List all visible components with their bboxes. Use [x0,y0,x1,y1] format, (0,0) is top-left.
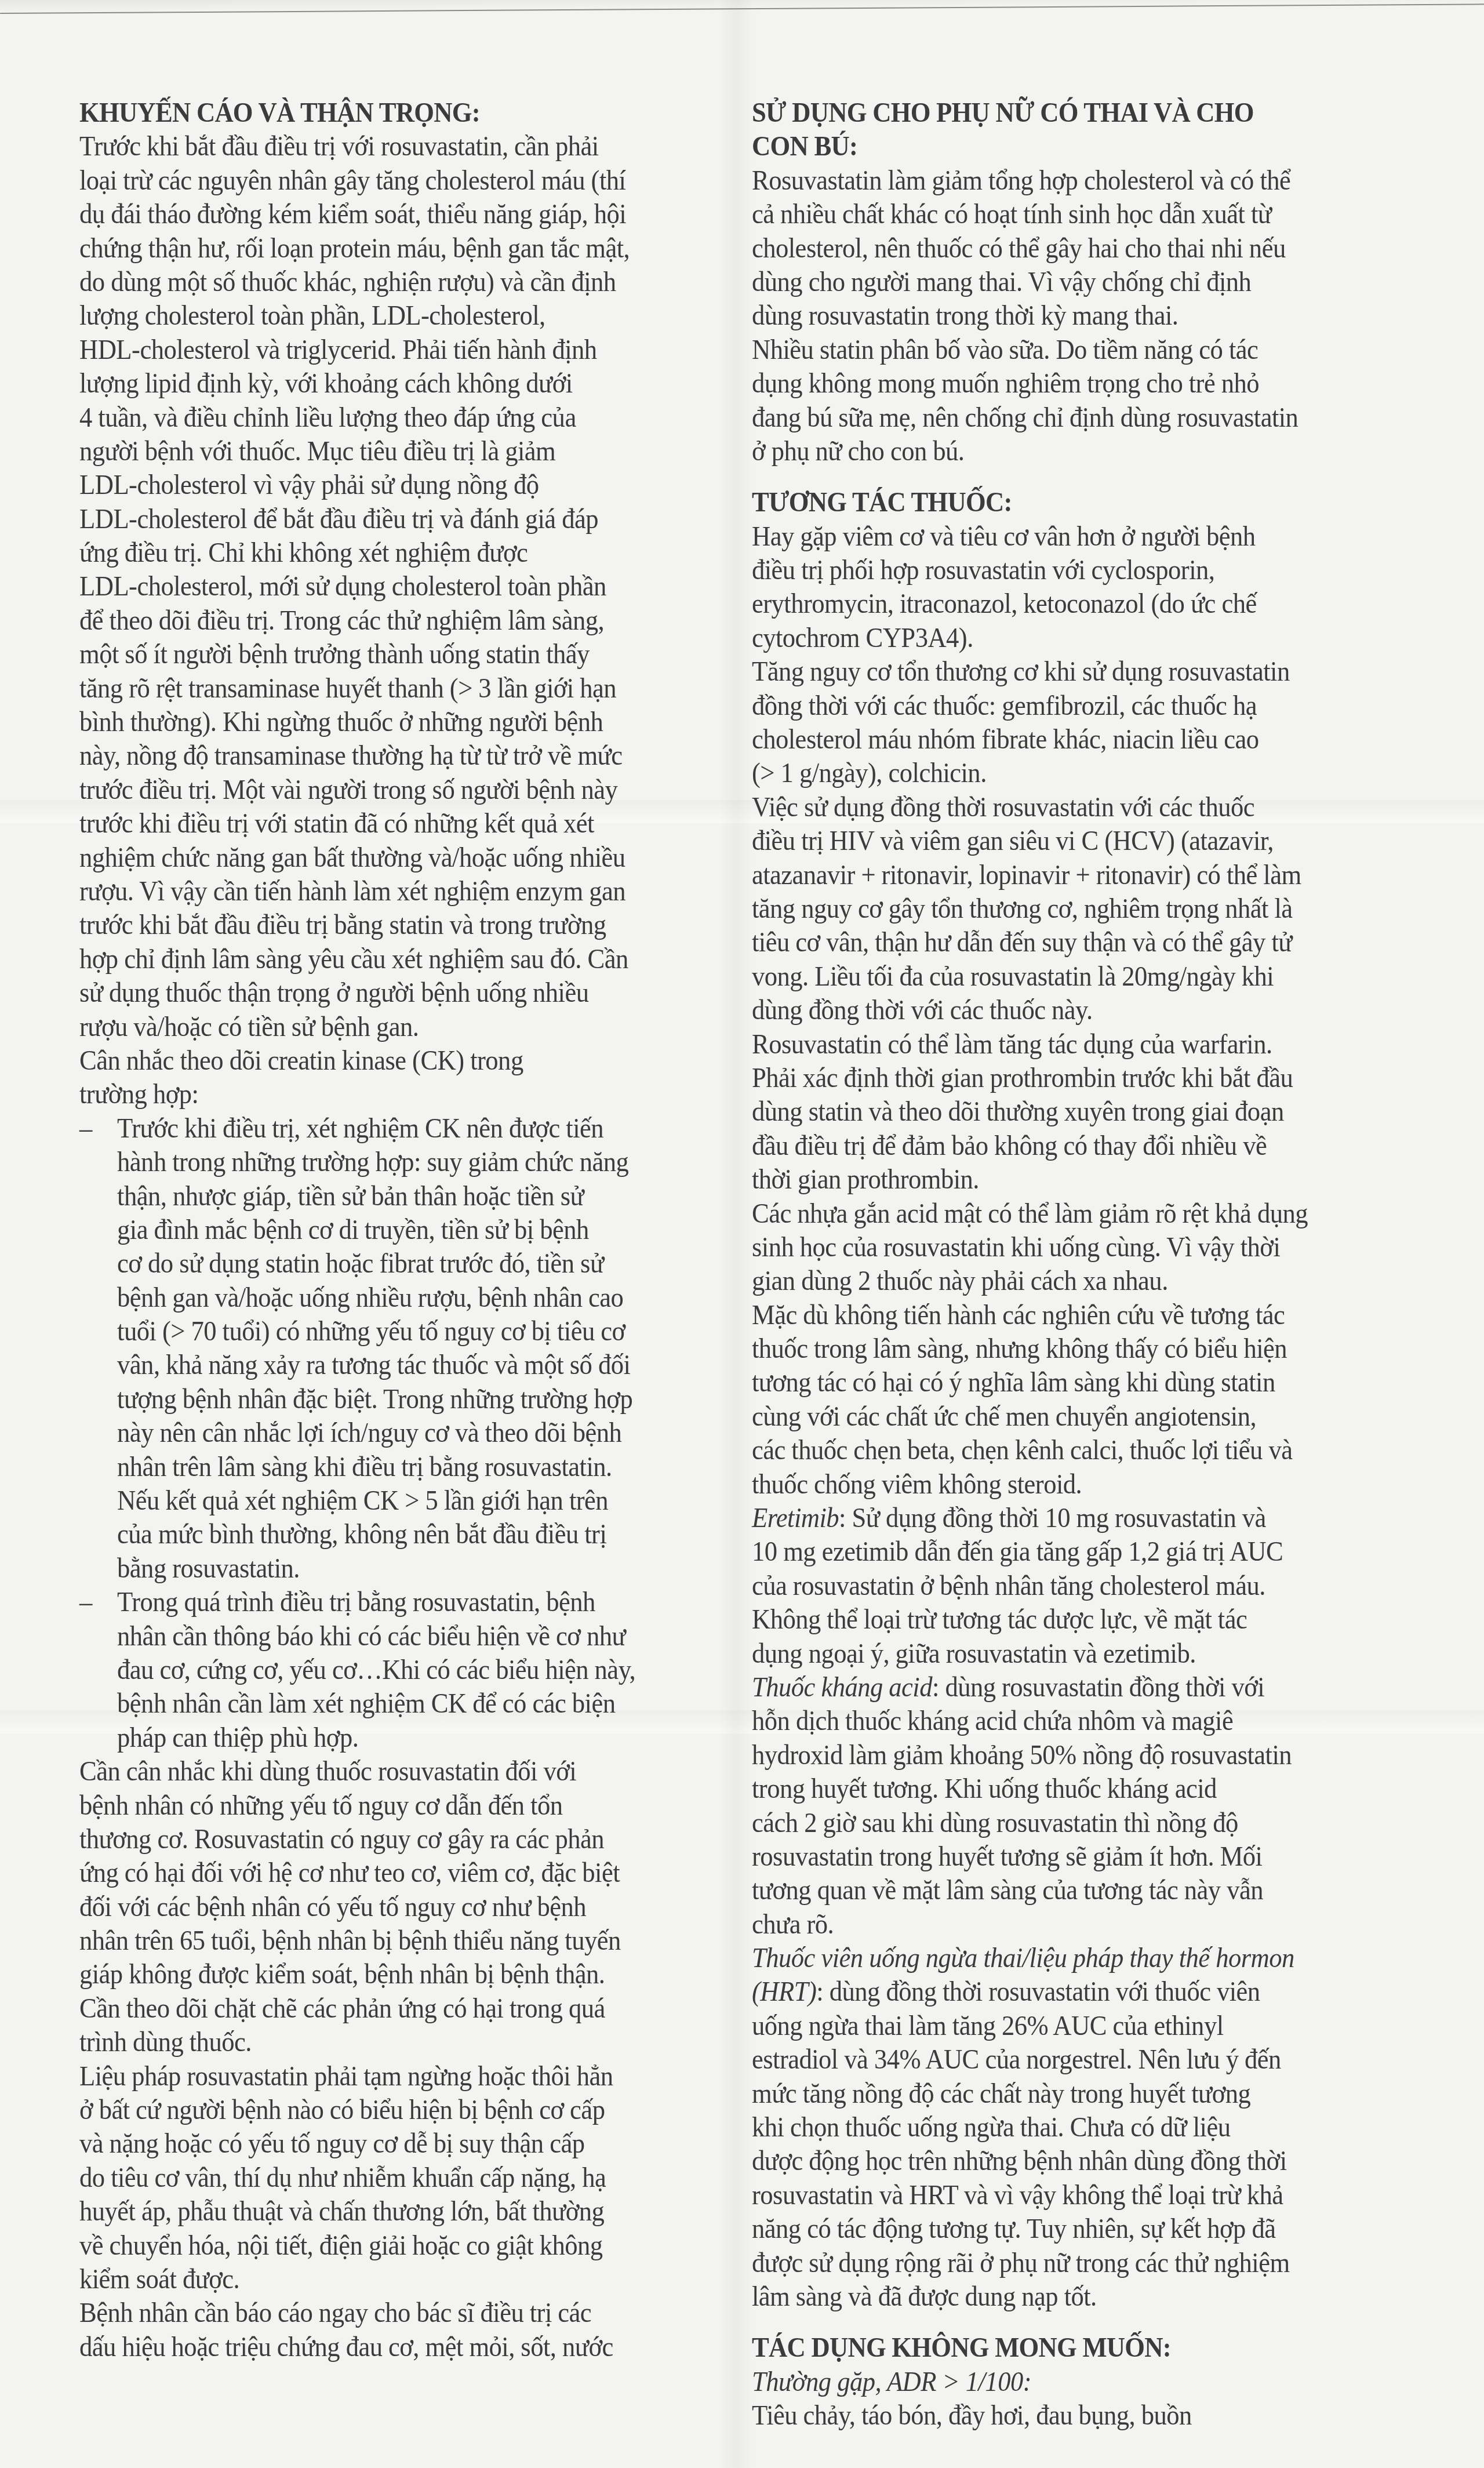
text-line: nhân trên 65 tuổi, bệnh nhân bị bệnh thi… [79,1924,700,1958]
section-heading: TƯƠNG TÁC THUỐC: [752,486,1372,519]
text-line: (> 1 g/ngày), colchicin. [752,757,1372,790]
text-line: ở phụ nữ cho con bú. [752,435,1372,468]
text-line: đau cơ, cứng cơ, yếu cơ…Khi có các biểu … [79,1653,700,1687]
paragraph: Rosuvastatin làm giảm tổng hợp cholester… [752,164,1418,333]
section-warnings-precautions: KHUYẾN CÁO VÀ THẬN TRỌNG: Trước khi bắt … [79,96,746,2364]
text-line: tượng bệnh nhân đặc biệt. Trong những tr… [79,1383,700,1416]
text-line: –Trong quá trình điều trị bằng rosuvasta… [79,1586,700,1619]
section-heading: SỬ DỤNG CHO PHỤ NỮ CÓ THAI VÀ CHO [752,96,1372,130]
text-line: rosuvastatin và HRT và vì vậy không thể … [752,2179,1372,2212]
text-line: LDL-cholesterol để bắt đầu điều trị và đ… [79,503,700,536]
italic-subheading: Thuốc viên uống ngừa thai/liệu pháp thay… [752,1942,1372,1975]
text-line: các thuốc chẹn beta, chẹn kênh calci, th… [752,1434,1372,1467]
text-line: 4 tuần, và điều chỉnh liều lượng theo đá… [79,401,700,435]
frequency-subheading: Thường gặp, ADR > 1/100: [752,2365,1372,2399]
text-line: LDL-cholesterol, mới sử dụng cholesterol… [79,570,700,604]
line-text: : Sử dụng đồng thời 10 mg rosuvastatin v… [839,1503,1266,1533]
text-line: vân, khả năng xảy ra tương tác thuốc và … [79,1349,700,1382]
text-line: lâm sàng và đã được dung nạp tốt. [752,2280,1372,2314]
text-line: Bệnh nhân cần báo cáo ngay cho bác sĩ đi… [79,2296,700,2330]
text-line: khi chọn thuốc uống ngừa thai. Chưa có d… [752,2111,1372,2144]
text-line: cytochrom CYP3A4). [752,621,1372,655]
text-line: Nếu kết quả xét nghiệm CK > 5 lần giới h… [79,1484,700,1518]
drug-name-label: Thuốc kháng acid [752,1672,932,1703]
text-line: trường hợp: [79,1078,700,1111]
paragraph: Trước khi bắt đầu điều trị với rosuvasta… [79,130,746,1044]
text-line: hỗn dịch thuốc kháng acid chứa nhôm và m… [752,1704,1372,1738]
section-heading: KHUYẾN CÁO VÀ THẬN TRỌNG: [79,96,700,130]
text-line: vong. Liều tối đa của rosuvastatin là 20… [752,960,1372,994]
paragraph: Các nhựa gắn acid mật có thể làm giảm rõ… [752,1197,1418,1299]
text-line: Eretimib: Sử dụng đồng thời 10 mg rosuva… [752,1502,1372,1535]
text-line: chưa rõ. [752,1908,1372,1942]
text-line: Không thể loại trừ tương tác dược lực, v… [752,1603,1372,1637]
text-line: dấu hiệu hoặc triệu chứng đau cơ, mệt mỏ… [79,2331,700,2364]
section-gap [752,468,1418,486]
text-line: Thuốc kháng acid: dùng rosuvastatin đồng… [752,1671,1372,1704]
text-line: cơ do sử dụng statin hoặc fibrat trước đ… [79,1247,700,1281]
text-line: trước khi bắt đầu điều trị bằng statin v… [79,908,700,942]
text-line: của mức bình thường, không nên bắt đầu đ… [79,1518,700,1551]
text-line: trước khi điều trị với statin đã có nhữn… [79,807,700,841]
bullet-text: Trước khi điều trị, xét nghiệm CK nên đư… [117,1113,603,1144]
drug-name-label: Eretimib [752,1503,839,1533]
text-line: nhân cần thông báo khi có các biểu hiện … [79,1620,700,1653]
text-line: lượng cholesterol toàn phần, LDL-cholest… [79,299,700,333]
paragraph: Thuốc viên uống ngừa thai/liệu pháp thay… [752,1942,1418,2314]
text-line: thuốc trong lâm sàng, nhưng không thấy c… [752,1332,1372,1366]
text-line: Rosuvastatin làm giảm tổng hợp cholester… [752,164,1372,198]
text-line: thời gian prothrombin. [752,1163,1372,1197]
text-line: nghiệm chức năng gan bất thường và/hoặc … [79,841,700,875]
text-line: Cần cân nhắc khi dùng thuốc rosuvastatin… [79,1755,700,1789]
text-line: 10 mg ezetimib dẫn đến gia tăng gấp 1,2 … [752,1535,1372,1569]
text-line: Tiêu chảy, táo bón, đầy hơi, đau bụng, b… [752,2399,1372,2433]
paragraph: Nhiều statin phân bố vào sữa. Do tiềm nă… [752,333,1418,469]
drug-name-label: (HRT) [752,1976,816,2007]
text-line: rượu. Vì vậy cần tiến hành làm xét nghiệ… [79,875,700,908]
text-line: này nên cân nhắc lợi ích/nguy cơ và theo… [79,1416,700,1450]
text-line: HDL-cholesterol và triglycerid. Phải tiế… [79,333,700,367]
text-line: ứng có hại đối với hệ cơ như teo cơ, viê… [79,1856,700,1890]
section-heading: CON BÚ: [752,130,1372,163]
text-line: sinh học của rosuvastatin khi uống cùng.… [752,1231,1372,1264]
bullet-text: Trong quá trình điều trị bằng rosuvastat… [117,1587,595,1618]
text-line: gian dùng 2 thuốc này phải cách xa nhau. [752,1264,1372,1298]
text-line: loại trừ các nguyên nhân gây tăng choles… [79,164,700,198]
text-line: đồng thời với các thuốc: gemfibrozil, cá… [752,689,1372,723]
text-line: Các nhựa gắn acid mật có thể làm giảm rõ… [752,1197,1372,1231]
bullet-item: –Trước khi điều trị, xét nghiệm CK nên đ… [79,1112,746,1586]
text-line: về chuyển hóa, nội tiết, điện giải hoặc … [79,2229,700,2263]
text-line: trước điều trị. Một vài người trong số n… [79,773,700,807]
section-pregnancy-lactation: SỬ DỤNG CHO PHỤ NỮ CÓ THAI VÀ CHO CON BÚ… [752,96,1418,468]
text-line: giáp không được kiểm soát, bệnh nhân bị … [79,1958,700,1991]
text-line: tương quan về mặt lâm sàng của tương tác… [752,1874,1372,1907]
text-line: Phải xác định thời gian prothrombin trướ… [752,1062,1372,1095]
section-side-effects: TÁC DỤNG KHÔNG MONG MUỐN: Thường gặp, AD… [752,2331,1418,2433]
paragraph: Việc sử dụng đồng thời rosuvastatin với … [752,791,1418,1028]
text-line: của rosuvastatin ở bệnh nhân tăng choles… [752,1569,1372,1603]
text-line: gia đình mắc bệnh cơ di truyền, tiền sử … [79,1213,700,1247]
text-line: LDL-cholesterol vì vậy phải sử dụng nồng… [79,468,700,502]
text-line: để theo dõi điều trị. Trong các thử nghi… [79,604,700,638]
text-line: trong huyết tương. Khi uống thuốc kháng … [752,1772,1372,1806]
paragraph: Liệu pháp rosuvastatin phải tạm ngừng ho… [79,2060,746,2297]
text-line: thận, nhược giáp, tiền sử bản thân hoặc … [79,1180,700,1213]
text-line: uống ngừa thai làm tăng 26% AUC của ethi… [752,2009,1372,2043]
text-line: đầu điều trị để đảm bảo không có thay đổ… [752,1129,1372,1163]
text-line: đang bú sữa mẹ, nên chống chỉ định dùng … [752,401,1372,435]
text-line: erythromycin, itraconazol, ketoconazol (… [752,587,1372,621]
text-line: mức tăng nồng độ các chất này trong huyế… [752,2077,1372,2111]
text-line: hành trong những trường hợp: suy giảm ch… [79,1146,700,1179]
text-line: dùng statin và theo dõi thường xuyên tro… [752,1095,1372,1129]
text-line: bằng rosuvastatin. [79,1552,700,1586]
text-line: bệnh gan và/hoặc uống nhiều rượu, bệnh n… [79,1281,700,1315]
text-line: kiểm soát được. [79,2263,700,2296]
section-gap [752,2314,1418,2331]
text-line: Nhiều statin phân bố vào sữa. Do tiềm nă… [752,333,1372,367]
text-line: tiêu cơ vân, thận hư dẫn đến suy thận và… [752,926,1372,959]
paragraph: Cân nhắc theo dõi creatin kinase (CK) tr… [79,1044,746,1112]
text-line: thuốc chống viêm không steroid. [752,1468,1372,1502]
text-line: năng có tác động tương tự. Tuy nhiên, sự… [752,2212,1372,2246]
text-line: điều trị HIV và viêm gan siêu vi C (HCV)… [752,824,1372,858]
text-line: Cân nhắc theo dõi creatin kinase (CK) tr… [79,1044,700,1078]
text-line: (HRT): dùng đồng thời rosuvastatin với t… [752,1975,1372,2009]
text-line: dụng không mong muốn nghiêm trọng cho tr… [752,367,1372,401]
section-heading: TÁC DỤNG KHÔNG MONG MUỐN: [752,2331,1372,2365]
text-line: cholesterol, nên thuốc có thể gây hai ch… [752,232,1372,266]
paragraph: Tăng nguy cơ tổn thương cơ khi sử dụng r… [752,655,1418,791]
text-line: rượu và/hoặc có tiền sử bệnh gan. [79,1011,700,1044]
text-line: bình thường). Khi ngừng thuốc ở những ng… [79,706,700,739]
left-column: KHUYẾN CÁO VÀ THẬN TRỌNG: Trước khi bắt … [79,96,746,2364]
text-line: cholesterol máu nhóm fibrate khác, niaci… [752,723,1372,757]
text-line: Liệu pháp rosuvastatin phải tạm ngừng ho… [79,2060,700,2093]
text-line: đối với các bệnh nhân có yếu tố nguy cơ … [79,1891,700,1924]
text-line: do dùng một số thuốc khác, nghiện rượu) … [79,266,700,299]
paragraph: Rosuvastatin có thể làm tăng tác dụng củ… [752,1028,1418,1197]
text-line: và nặng hoặc có yếu tố nguy cơ dễ bị suy… [79,2127,700,2161]
text-line: Tăng nguy cơ tổn thương cơ khi sử dụng r… [752,655,1372,689]
text-line: người bệnh với thuốc. Mục tiêu điều trị … [79,435,700,468]
paragraph: Cần cân nhắc khi dùng thuốc rosuvastatin… [79,1755,746,2060]
text-line: cả nhiều chất khác có hoạt tính sinh học… [752,198,1372,231]
text-line: hydroxid làm giảm khoảng 50% nồng độ ros… [752,1739,1372,1772]
text-line: bệnh nhân cần làm xét nghiệm CK để có cá… [79,1687,700,1721]
text-line: Mặc dù không tiến hành các nghiên cứu về… [752,1299,1372,1332]
text-line: một số ít người bệnh trưởng thành uống s… [79,638,700,671]
text-line: do tiêu cơ vân, thí dụ như nhiễm khuẩn c… [79,2161,700,2195]
text-line: Rosuvastatin có thể làm tăng tác dụng củ… [752,1028,1372,1062]
text-line: dược động học trên những bệnh nhân dùng … [752,2144,1372,2178]
section-drug-interactions: TƯƠNG TÁC THUỐC: Hay gặp viêm cơ và tiêu… [752,486,1418,2314]
paragraph: Eretimib: Sử dụng đồng thời 10 mg rosuva… [752,1502,1418,1671]
text-line: thương cơ. Rosuvastatin có nguy cơ gây r… [79,1823,700,1856]
text-line: này, nồng độ transaminase thường hạ từ t… [79,739,700,773]
text-line: –Trước khi điều trị, xét nghiệm CK nên đ… [79,1112,700,1146]
dash-bullet-icon: – [79,1112,117,1146]
paragraph: Thuốc kháng acid: dùng rosuvastatin đồng… [752,1671,1418,1942]
text-line: được sử dụng rộng rãi ở phụ nữ trong các… [752,2247,1372,2280]
text-line: trình dùng thuốc. [79,2026,700,2059]
text-line: dùng cho người mang thai. Vì vậy chống c… [752,266,1372,299]
text-line: atazanavir + ritonavir, lopinavir + rito… [752,859,1372,892]
text-line: pháp can thiệp phù hợp. [79,1721,700,1755]
text-line: dụ đái tháo đường kém kiểm soát, thiểu n… [79,198,700,231]
right-column: SỬ DỤNG CHO PHỤ NỮ CÓ THAI VÀ CHO CON BÚ… [752,96,1418,2433]
text-line: dùng rosuvastatin trong thời kỳ mang tha… [752,299,1372,333]
paragraph: Bệnh nhân cần báo cáo ngay cho bác sĩ đi… [79,2296,746,2364]
paragraph: Mặc dù không tiến hành các nghiên cứu về… [752,1299,1418,1502]
paragraph: Hay gặp viêm cơ và tiêu cơ vân hơn ở ngư… [752,520,1418,656]
text-line: hợp chỉ định lâm sàng yêu cầu xét nghiệm… [79,943,700,976]
text-line: tuổi (> 70 tuổi) có những yếu tố nguy cơ… [79,1315,700,1349]
text-line: nhân trên lâm sàng khi điều trị bằng ros… [79,1451,700,1484]
text-line: sử dụng thuốc thận trọng ở người bệnh uố… [79,976,700,1010]
text-line: ứng điều trị. Chỉ khi không xét nghiệm đ… [79,536,700,570]
text-line: cách 2 giờ sau khi dùng rosuvastatin thì… [752,1807,1372,1840]
line-text: : dùng rosuvastatin đồng thời với [932,1672,1264,1703]
text-line: lượng lipid định kỳ, với khoảng cách khô… [79,367,700,401]
text-line: tăng nguy cơ gây tổn thương cơ, nghiêm t… [752,892,1372,926]
text-line: Cần theo dõi chặt chẽ các phản ứng có hạ… [79,1992,700,2026]
text-line: dùng đồng thời với các thuốc này. [752,994,1372,1027]
text-line: rosuvastatin trong huyết tương sẽ giảm í… [752,1840,1372,1874]
text-line: Trước khi bắt đầu điều trị với rosuvasta… [79,130,700,163]
text-line: Hay gặp viêm cơ và tiêu cơ vân hơn ở ngư… [752,520,1372,554]
text-line: tương tác có hại có ý nghĩa lâm sàng khi… [752,1366,1372,1400]
text-line: bệnh nhân có những yếu tố nguy cơ dẫn đế… [79,1789,700,1823]
dash-bullet-icon: – [79,1586,117,1619]
text-line: estradiol và 34% AUC của norgestrel. Nên… [752,2043,1372,2077]
text-line: ở bất cứ người bệnh nào có biểu hiện bị … [79,2093,700,2127]
text-line: Việc sử dụng đồng thời rosuvastatin với … [752,791,1372,824]
text-line: điều trị phối hợp rosuvastatin với cyclo… [752,554,1372,587]
bullet-item: –Trong quá trình điều trị bằng rosuvasta… [79,1586,746,1755]
text-line: cùng với các chất ức chế men chuyển angi… [752,1400,1372,1434]
line-text: : dùng đồng thời rosuvastatin với thuốc … [816,1976,1260,2007]
text-line: huyết áp, phẫu thuật và chấn thương lớn,… [79,2195,700,2229]
text-line: tăng rõ rệt transaminase huyết thanh (> … [79,672,700,706]
text-line: chứng thận hư, rối loạn protein máu, bện… [79,232,700,266]
text-line: dụng ngoại ý, giữa rosuvastatin và ezeti… [752,1637,1372,1671]
